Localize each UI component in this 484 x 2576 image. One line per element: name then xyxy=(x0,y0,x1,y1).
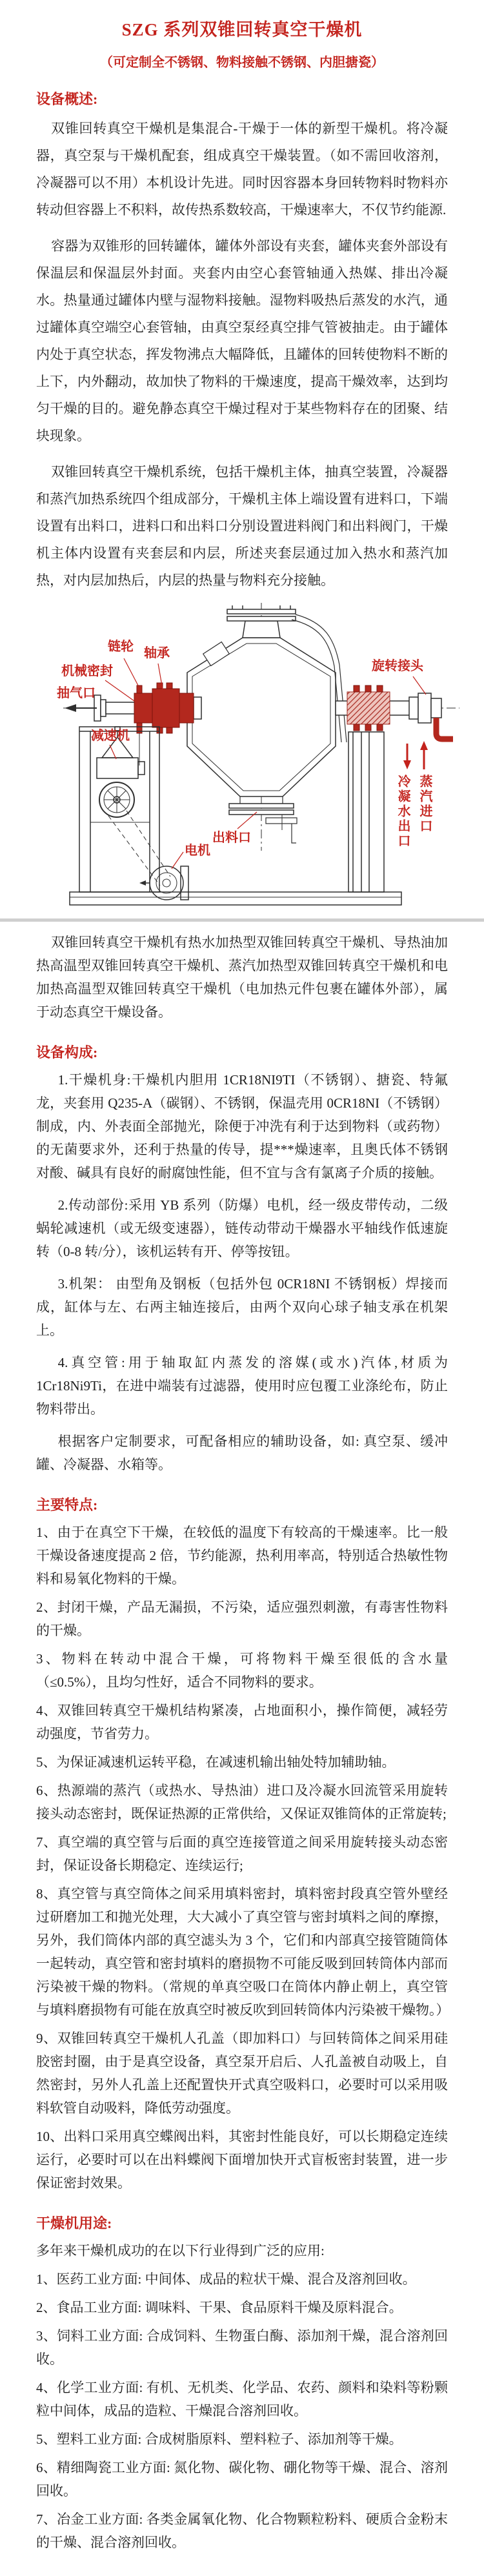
overview-paragraph-2: 容器为双锥形的回转罐体，罐体外部设有夹套，罐体夹套外部设有保温层和保温层外封面。… xyxy=(36,232,448,449)
diagram-label-discharge-port: 出料口 xyxy=(212,831,251,844)
diagram-label-sprocket: 链轮 xyxy=(108,640,134,653)
section-heading-overview: 设备概述: xyxy=(36,88,448,108)
composition-item-2: 2.传动部份:采用 YB 系列（防爆）电机，经一级皮带传动，二级蜗轮减速机（或无… xyxy=(36,1193,448,1263)
applications-intro: 多年来干燥机成功的在以下行业得到广泛的应用: xyxy=(36,2239,448,2262)
diagram-label-reducer: 减速机 xyxy=(91,729,130,742)
feature-item-1: 1、由于在真空下干燥，在较低的温度下有较高的干燥速率。比一般干燥设备速度提高 2… xyxy=(36,1521,448,1590)
composition-item-4: 4.真空管:用于轴取缸内蒸发的溶媒(或水)汽体,材质为 1Cr18Ni9Ti，在… xyxy=(36,1351,448,1421)
suction-arrow-icon xyxy=(65,704,76,712)
overview-paragraph-3: 双锥回转真空干燥机系统，包括干燥机主体，抽真空装置，冷凝器和蒸汽加热系统四个组成… xyxy=(36,458,448,594)
application-item-7: 7、冶金工业方面: 各类金属氧化物、化合物颗粒粉料、硬质合金粉末的干燥、混合溶剂… xyxy=(36,2508,448,2554)
feature-item-5: 5、为保证减速机运转平稳，在减速机输出轴处特加辅助轴。 xyxy=(36,1750,448,1774)
composition-item-3: 3.机架： 由型角及钢板（包括外包 0CR18NI 不锈钢板）焊接而成，缸体与左… xyxy=(36,1272,448,1342)
feature-item-4: 4、双锥回转真空干燥机结构紧凑，占地面积小，操作简便，减轻劳动强度，节省劳力。 xyxy=(36,1699,448,1745)
overview-paragraph-1: 双锥回转真空干燥机是集混合-干燥于一体的新型干燥机。将冷凝器，真空泵与干燥机配套… xyxy=(36,115,448,223)
page-title: SZG 系列双锥回转真空干燥机 xyxy=(36,15,448,41)
feature-item-2: 2、封闭干燥，产品无漏损，不污染，适应强烈刺激，有毒害性物料的干燥。 xyxy=(36,1596,448,1642)
feature-item-8: 8、真空管与真空筒体之间采用填料密封，填料密封段真空管外壁经过研磨加工和抛光处理… xyxy=(36,1882,448,2022)
section-heading-composition: 设备构成: xyxy=(36,1042,448,1062)
feature-item-6: 6、热源端的蒸汽（或热水、导热油）进口及冷凝水回流管采用旋转接头动态密封，既保证… xyxy=(36,1779,448,1825)
dryer-diagram xyxy=(0,603,484,926)
application-item-6: 6、精细陶瓷工业方面: 氮化物、碳化物、硼化物等干燥、混合、溶剂回收。 xyxy=(36,2456,448,2502)
document-page: SZG 系列双锥回转真空干燥机 （可定制全不锈钢、物料接触不锈钢、内胆搪瓷） 设… xyxy=(0,0,484,2576)
application-item-4: 4、化学工业方面: 有机、无机类、化学品、农药、颜料和染料等粉颗粒中间体，成品的… xyxy=(36,2376,448,2422)
feature-item-3: 3、物料在转动中混合干燥，可将物料干燥至很低的含水量（≤0.5%），且均匀性好，… xyxy=(36,1647,448,1694)
application-item-2: 2、食品工业方面: 调味料、干果、食品原料干燥及原料混合。 xyxy=(36,2296,448,2319)
figure-bottom-strip xyxy=(0,918,484,922)
diagram-label-suction-port: 抽气口 xyxy=(57,687,96,700)
diagram-label-rotary-joint: 旋转接头 xyxy=(372,660,423,673)
diagram-label-mechanical-seal: 机械密封 xyxy=(61,665,113,678)
steam-elbow-pipe xyxy=(436,718,453,739)
types-paragraph: 双锥回转真空干燥机有热水加热型双锥回转真空干燥机、导热油加热高温型双锥回转真空干… xyxy=(36,931,448,1024)
section-heading-applications: 干燥机用途: xyxy=(36,2213,448,2233)
section-heading-features: 主要特点: xyxy=(36,1494,448,1514)
feature-item-9: 9、双锥回转真空干燥机人孔盖（即加料口）与回转筒体之间采用硅胶密封圈，由于是真空… xyxy=(36,2027,448,2120)
diagram-label-bearing: 轴承 xyxy=(144,647,170,660)
steam-up-arrow-icon xyxy=(420,741,428,750)
diagram-label-motor: 电机 xyxy=(185,844,210,857)
application-item-5: 5、塑料工业方面: 合成树脂原料、塑料粒子、添加剂等干燥。 xyxy=(36,2428,448,2451)
application-item-1: 1、医药工业方面: 中间体、成品的粒状干燥、混合及溶剂回收。 xyxy=(36,2267,448,2291)
dryer-structure-figure: 链轮 轴承 机械密封 抽气口 减速机 电机 出料口 旋转接头 蒸汽进口 冷凝水出… xyxy=(0,603,484,926)
composition-item-1: 1.干燥机身:干燥机内胆用 1CR18NI9TI（不锈钢）、搪瓷、特氟龙，夹套用… xyxy=(36,1068,448,1184)
feature-item-10: 10、出料口采用真空蝶阀出料，其密封性能良好，可以长期稳定连续运行，必要时可以在… xyxy=(36,2125,448,2195)
feature-item-7: 7、真空端的真空管与后面的真空连接管道之间采用旋转接头动态密封，保证设备长期稳定… xyxy=(36,1831,448,1877)
composition-note: 根据客户定制要求，可配备相应的辅助设备，如: 真空泵、缓冲罐、冷凝器、水箱等。 xyxy=(36,1430,448,1476)
page-subtitle: （可定制全不锈钢、物料接触不锈钢、内胆搪瓷） xyxy=(36,52,448,70)
application-item-3: 3、饲料工业方面: 合成饲料、生物蛋白酶、添加剂干燥，混合溶剂回收。 xyxy=(36,2324,448,2371)
diagram-label-steam-inlet: 蒸汽进口 xyxy=(418,775,431,834)
diagram-label-condensate-outlet: 冷凝水出口 xyxy=(396,775,409,849)
condensate-down-arrow-icon xyxy=(403,760,411,769)
